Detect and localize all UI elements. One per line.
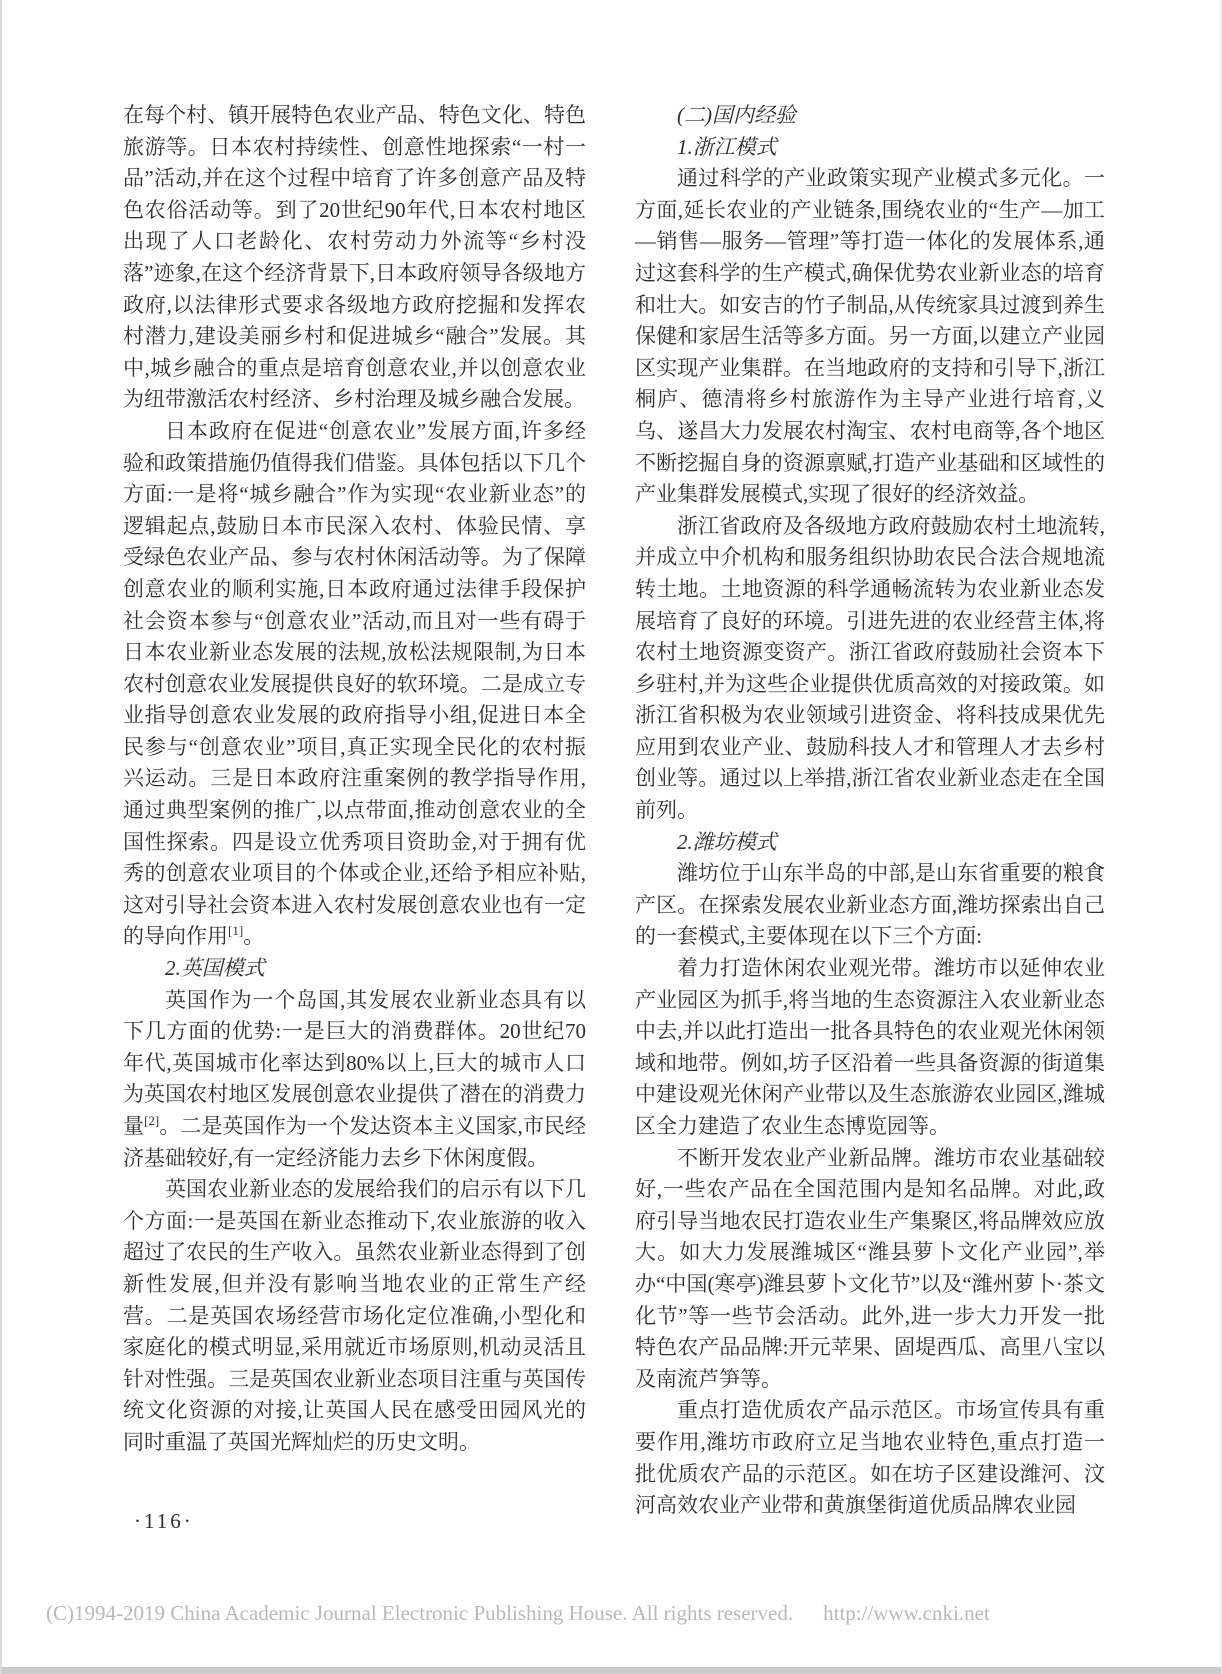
- footer-watermark: (C)1994-2019 China Academic Journal Elec…: [46, 1601, 990, 1626]
- paragraph: 英国作为一个岛国,其发展农业新业态具有以下几方面的优势:一是巨大的消费群体。20…: [123, 985, 586, 1175]
- paragraph: 在每个村、镇开展特色农业产品、特色文化、特色旅游等。日本农村持续性、创意性地探索…: [123, 100, 586, 416]
- section-heading-weifang-model: 2.潍坊模式: [635, 827, 1105, 859]
- paragraph: 重点打造优质农产品示范区。市场宣传具有重要作用,潍坊市政府立足当地农业特色,重点…: [635, 1395, 1105, 1521]
- paragraph: 不断开发农业产业新品牌。潍坊市农业基础较好,一些农产品在全国范围内是知名品牌。对…: [635, 1143, 1105, 1396]
- right-column: (二)国内经验 1.浙江模式 通过科学的产业政策实现产业模式多元化。一方面,延长…: [635, 100, 1105, 1522]
- paragraph: 通过科学的产业政策实现产业模式多元化。一方面,延长农业的产业链条,围绕农业的“生…: [635, 163, 1105, 511]
- paragraph: 英国农业新业态的发展给我们的启示有以下几个方面:一是英国在新业态推动下,农业旅游…: [123, 1174, 586, 1458]
- paragraph: 浙江省政府及各级地方政府鼓励农村土地流转,并成立中介机构和服务组织协助农民合法合…: [635, 511, 1105, 827]
- section-heading-domestic-experience: (二)国内经验: [635, 100, 1105, 132]
- section-heading-uk-model: 2.英国模式: [123, 953, 586, 985]
- page-number: ·116·: [134, 1509, 194, 1534]
- section-heading-zhejiang-model: 1.浙江模式: [635, 132, 1105, 164]
- scan-edge-bottom: [2, 1667, 1221, 1674]
- paragraph: 潍坊位于山东半岛的中部,是山东省重要的粮食产区。在探索发展农业新业态方面,潍坊探…: [635, 858, 1105, 953]
- footer-copyright: (C)1994-2019 China Academic Journal Elec…: [46, 1601, 793, 1625]
- document-page: 在每个村、镇开展特色农业产品、特色文化、特色旅游等。日本农村持续性、创意性地探索…: [0, 0, 1222, 1674]
- left-column: 在每个村、镇开展特色农业产品、特色文化、特色旅游等。日本农村持续性、创意性地探索…: [123, 100, 586, 1459]
- paragraph: 着力打造休闲农业观光带。潍坊市以延伸农业产业园区为抓手,将当地的生态资源注入农业…: [635, 953, 1105, 1143]
- footer-url: http://www.cnki.net: [823, 1601, 990, 1625]
- paragraph: 日本政府在促进“创意农业”发展方面,许多经验和政策措施仍值得我们借鉴。具体包括以…: [123, 416, 586, 953]
